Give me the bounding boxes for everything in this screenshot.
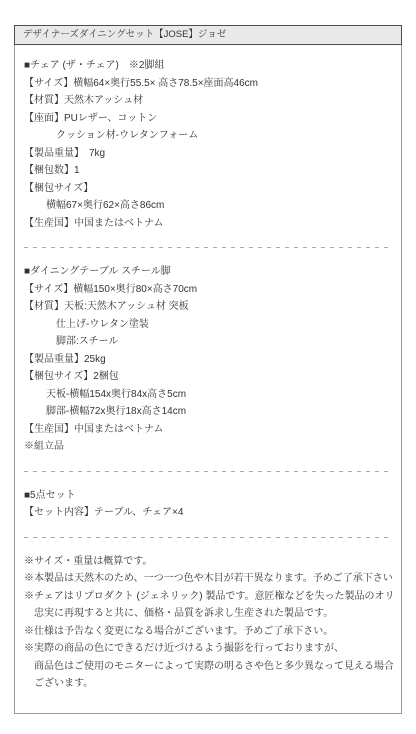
section-separator — [24, 471, 393, 472]
spec-title: デザイナーズダイニングセット【JOSE】ジョゼ — [23, 29, 226, 40]
table-weight: 【製品重量】25kg — [24, 351, 393, 369]
section-set: ■5点セット 【セット内容】テーブル、チェア×4 — [24, 487, 393, 522]
table-legs-material: 脚部:スチール — [24, 333, 393, 351]
note-photo-3: ございます。 — [24, 675, 393, 693]
table-package-legs: 脚部-横幅72x奥行18x高さ14cm — [24, 403, 393, 421]
table-package-size-label: 【梱包サイズ】2梱包 — [24, 368, 393, 386]
table-material: 【材質】天板:天然木アッシュ材 突板 — [24, 298, 393, 316]
table-origin: 【生産国】中国またはベトナム — [24, 421, 393, 439]
table-finish: 仕上げ-ウレタン塗装 — [24, 316, 393, 334]
chair-heading: ■チェア (ザ・チェア) ※2脚組 — [24, 57, 393, 75]
chair-seat-cushion: クッション材-ウレタンフォーム — [24, 127, 393, 145]
chair-size: 【サイズ】横幅64×奥行55.5× 高さ78.5×座面高46cm — [24, 75, 393, 93]
chair-package-size-label: 【梱包サイズ】 — [24, 180, 393, 198]
chair-package-size-value: 横幅67×奥行62×高さ86cm — [24, 197, 393, 215]
section-separator — [24, 247, 393, 248]
table-package-top: 天板-横幅154x奥行84x高さ5cm — [24, 386, 393, 404]
note-spec-change: ※仕様は予告なく変更になる場合がございます。予めご了承下さい。 — [24, 623, 393, 641]
note-approximate: ※サイズ・重量は概算です。 — [24, 553, 393, 571]
set-contents: 【セット内容】テーブル、チェア×4 — [24, 504, 393, 522]
spec-body: ■チェア (ザ・チェア) ※2脚組 【サイズ】横幅64×奥行55.5× 高さ78… — [14, 45, 402, 714]
table-assembly-note: ※組立品 — [24, 438, 393, 456]
set-heading: ■5点セット — [24, 487, 393, 505]
section-table: ■ダイニングテーブル スチール脚 【サイズ】横幅150×奥行80×高さ70cm … — [24, 263, 393, 456]
chair-package-count: 【梱包数】1 — [24, 162, 393, 180]
note-photo-1: ※実際の商品の色にできるだけ近づけるよう撮影を行っておりますが、 — [24, 640, 393, 658]
section-notes: ※サイズ・重量は概算です。 ※本製品は天然木のため、一つ一つ色や木目が若干異なり… — [24, 553, 393, 693]
section-chair: ■チェア (ザ・チェア) ※2脚組 【サイズ】横幅64×奥行55.5× 高さ78… — [24, 57, 393, 232]
spec-header-bar: デザイナーズダイニングセット【JOSE】ジョゼ — [14, 25, 402, 45]
note-wood-grain: ※本製品は天然木のため、一つ一つ色や木目が若干異なります。予めご了承下さい。 — [24, 570, 393, 588]
note-reproduct-1: ※チェアはリプロダクト (ジェネリック) 製品です。意匠権などを失った製品のオリ… — [24, 588, 393, 606]
chair-material: 【材質】天然木アッシュ材 — [24, 92, 393, 110]
table-size: 【サイズ】横幅150×奥行80×高さ70cm — [24, 281, 393, 299]
note-reproduct-2: 忠実に再現すると共に、価格・品質を訴求し生産された製品です。 — [24, 605, 393, 623]
section-separator — [24, 537, 393, 538]
chair-weight: 【製品重量】 7kg — [24, 145, 393, 163]
table-heading: ■ダイニングテーブル スチール脚 — [24, 263, 393, 281]
product-spec-panel: デザイナーズダイニングセット【JOSE】ジョゼ ■チェア (ザ・チェア) ※2脚… — [14, 25, 402, 714]
note-photo-2: 商品色はご使用のモニターによって実際の明るさや色と多少異なって見える場合が — [24, 658, 393, 676]
chair-origin: 【生産国】中国またはベトナム — [24, 215, 393, 233]
chair-seat: 【座面】PUレザー、コットン — [24, 110, 393, 128]
